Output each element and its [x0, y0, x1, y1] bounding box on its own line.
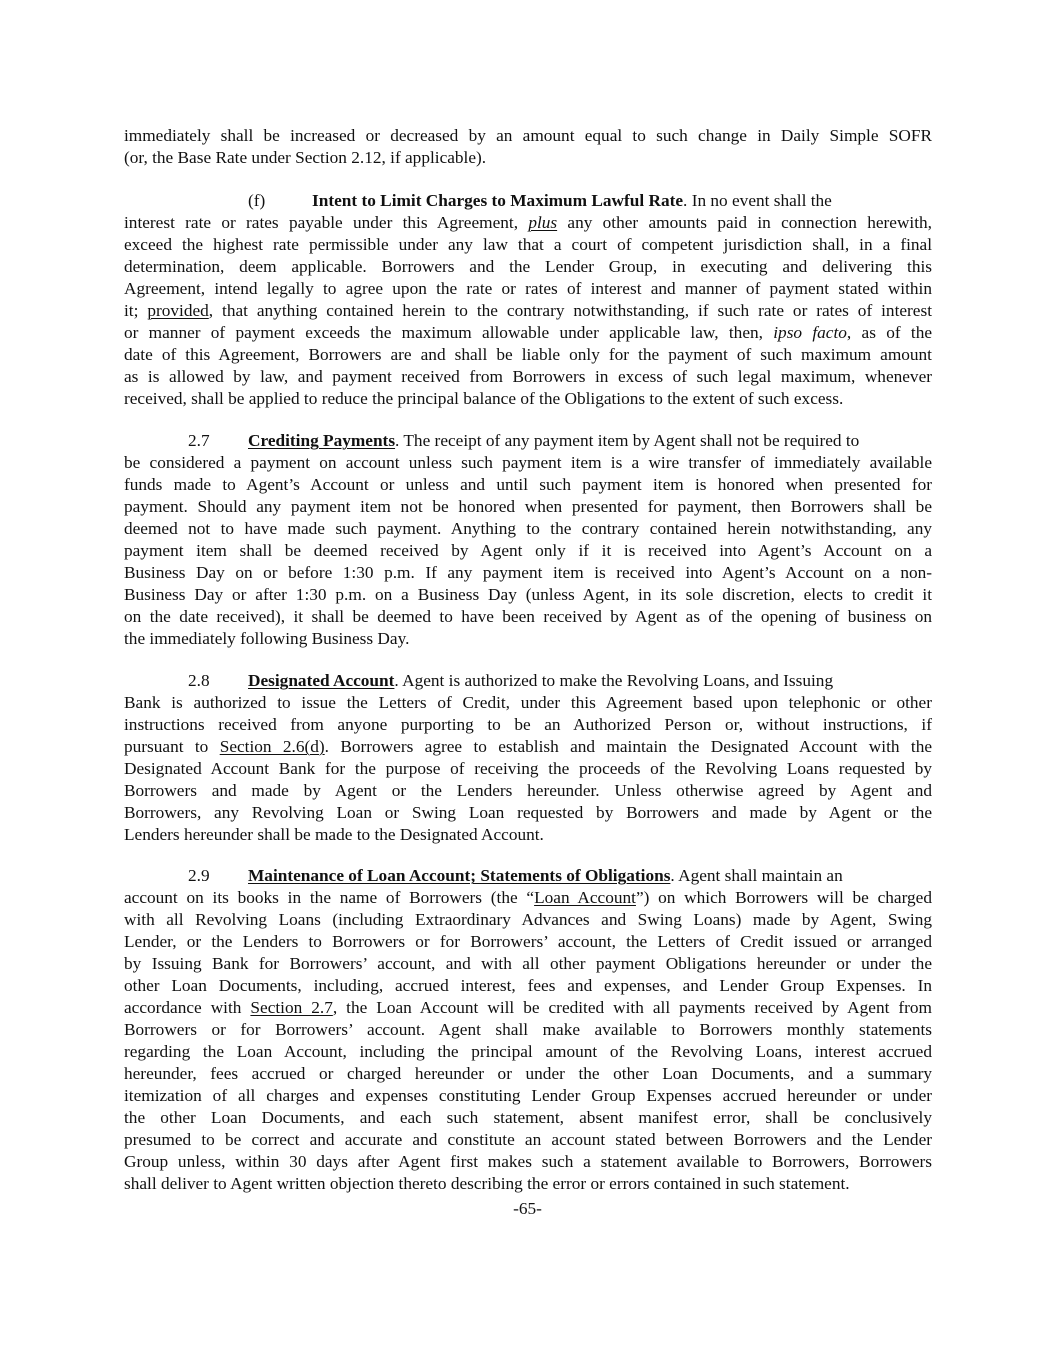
text-line: (f) Intent to Limit Charges to Maximum L… [124, 190, 932, 212]
page-number: -65- [0, 1198, 1055, 1220]
text-line: Bank is authorized to issue the Letters … [124, 692, 932, 714]
text-line: Business Day on or before 1:30 p.m. If a… [124, 562, 932, 584]
text-line: Business Day or after 1:30 p.m. on a Bus… [124, 584, 932, 606]
text-line: it; provided, that anything contained he… [124, 300, 932, 322]
text-line: funds made to Agent’s Account or unless … [124, 474, 932, 496]
text-line: Group unless, within 30 days after Agent… [124, 1151, 932, 1173]
subsection-label: (f) [248, 190, 265, 212]
section-heading: Intent to Limit Charges to Maximum Lawfu… [312, 191, 683, 210]
section-number: 2.9 [188, 865, 210, 887]
text-line: exceed the highest rate permissible unde… [124, 234, 932, 256]
defined-term-loan-account: Loan Account [534, 888, 636, 907]
text-line: pursuant to Section 2.6(d). Borrowers ag… [124, 736, 932, 758]
section-heading: Maintenance of Loan Account; Statements … [248, 866, 670, 885]
cross-reference-link[interactable]: Section 2.6(d) [220, 737, 325, 756]
text-line: Designated Account Bank for the purpose … [124, 758, 932, 780]
text-line: regarding the Loan Account, including th… [124, 1041, 932, 1063]
text-line: immediately shall be increased or decrea… [124, 125, 932, 147]
text-line: itemization of all charges and expenses … [124, 1085, 932, 1107]
section-number: 2.8 [188, 670, 210, 692]
document-page: immediately shall be increased or decrea… [0, 0, 1055, 1365]
defined-term-provided: provided [147, 301, 208, 320]
text-line: with all Revolving Loans (including Extr… [124, 909, 932, 931]
text-line: accordance with Section 2.7, the Loan Ac… [124, 997, 932, 1019]
text-line: 2.8 Designated Account. Agent is authori… [124, 670, 932, 692]
text-line: the immediately following Business Day. [124, 628, 932, 650]
section-heading: Crediting Payments [248, 431, 395, 450]
text-line: received, shall be applied to reduce the… [124, 388, 932, 410]
text-line: Agreement, intend legally to agree upon … [124, 278, 932, 300]
text-line: other Loan Documents, including, accrued… [124, 975, 932, 997]
text-line: deemed not to have made such payment. An… [124, 518, 932, 540]
text-line: account on its books in the name of Borr… [124, 887, 932, 909]
text-line: Borrowers, any Revolving Loan or Swing L… [124, 802, 932, 824]
cross-reference-link[interactable]: Section 2.7 [250, 998, 332, 1017]
text-line: instructions received from anyone purpor… [124, 714, 932, 736]
text-line: 2.9 Maintenance of Loan Account; Stateme… [124, 865, 932, 887]
text-line: (or, the Base Rate under Section 2.12, i… [124, 147, 932, 169]
text-line: Lenders hereunder shall be made to the D… [124, 824, 932, 846]
text-line: payment. Should any payment item not be … [124, 496, 932, 518]
text-line: determination, deem applicable. Borrower… [124, 256, 932, 278]
text-line: 2.7 Crediting Payments. The receipt of a… [124, 430, 932, 452]
text-line: as is allowed by law, and payment receiv… [124, 366, 932, 388]
text-line: shall deliver to Agent written objection… [124, 1173, 932, 1195]
text-line: or manner of payment exceeds the maximum… [124, 322, 932, 344]
text-line: be considered a payment on account unles… [124, 452, 932, 474]
text-line: Borrowers or for Borrowers’ account. Age… [124, 1019, 932, 1041]
emphasis-ipso-facto: ipso facto [773, 323, 847, 342]
section-number: 2.7 [188, 430, 210, 452]
text-line: Lender, or the Lenders to Borrowers or f… [124, 931, 932, 953]
text-line: by Issuing Bank for Borrowers’ account, … [124, 953, 932, 975]
emphasis-plus: plus [528, 213, 557, 232]
text-line: the other Loan Documents, and each such … [124, 1107, 932, 1129]
text-line: interest rate or rates payable under thi… [124, 212, 932, 234]
section-heading: Designated Account [248, 671, 394, 690]
text-line: on the date received), it shall be deeme… [124, 606, 932, 628]
text-line: presumed to be correct and accurate and … [124, 1129, 932, 1151]
text-line: date of this Agreement, Borrowers are an… [124, 344, 932, 366]
text-line: Borrowers and made by Agent or the Lende… [124, 780, 932, 802]
text-line: payment item shall be deemed received by… [124, 540, 932, 562]
text-line: hereunder, fees accrued or charged hereu… [124, 1063, 932, 1085]
